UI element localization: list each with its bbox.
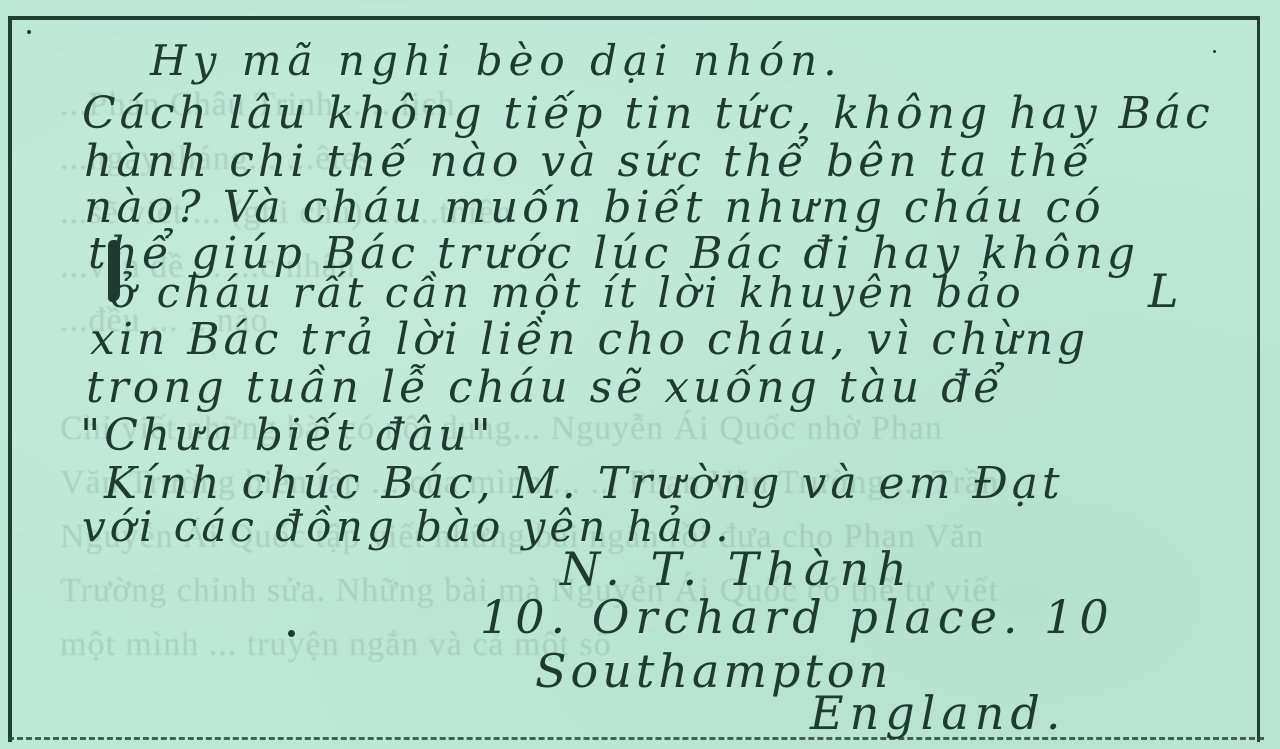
letter-line: xin Bác trả lời liền cho cháu, vì chừng (90, 318, 1089, 362)
letter-line: trong tuần lễ cháu sẽ xuống tàu để (86, 366, 1004, 410)
signature: N. T. Thành (560, 546, 915, 592)
letter-line: ở cháu rất cần một ít lời khuyên bảo (110, 272, 1025, 314)
letter-frame-bottom-border (8, 737, 1264, 740)
address-line-1: 10. Orchard place. 10 (480, 594, 1115, 640)
letter-line: hành chi thế nào và sức thể bên ta thế (84, 140, 1094, 184)
letter-salutation: Hy mã nghi bèo dại nhón. (150, 40, 843, 82)
letter-line: "Chưa biết đâu" (80, 414, 495, 458)
letter-closing: Kính chúc Bác, M. Trường và em Đạt (104, 462, 1064, 506)
letter-line: Cách lâu không tiếp tin tức, không hay B… (82, 92, 1214, 136)
ink-speck (1213, 50, 1216, 53)
margin-mark: L (1148, 268, 1181, 314)
ink-speck (27, 30, 31, 34)
letter-line: nào? Và cháu muốn biết nhưng cháu có (84, 186, 1105, 230)
address-line-3: England. (810, 690, 1066, 736)
ink-speck (288, 630, 295, 637)
